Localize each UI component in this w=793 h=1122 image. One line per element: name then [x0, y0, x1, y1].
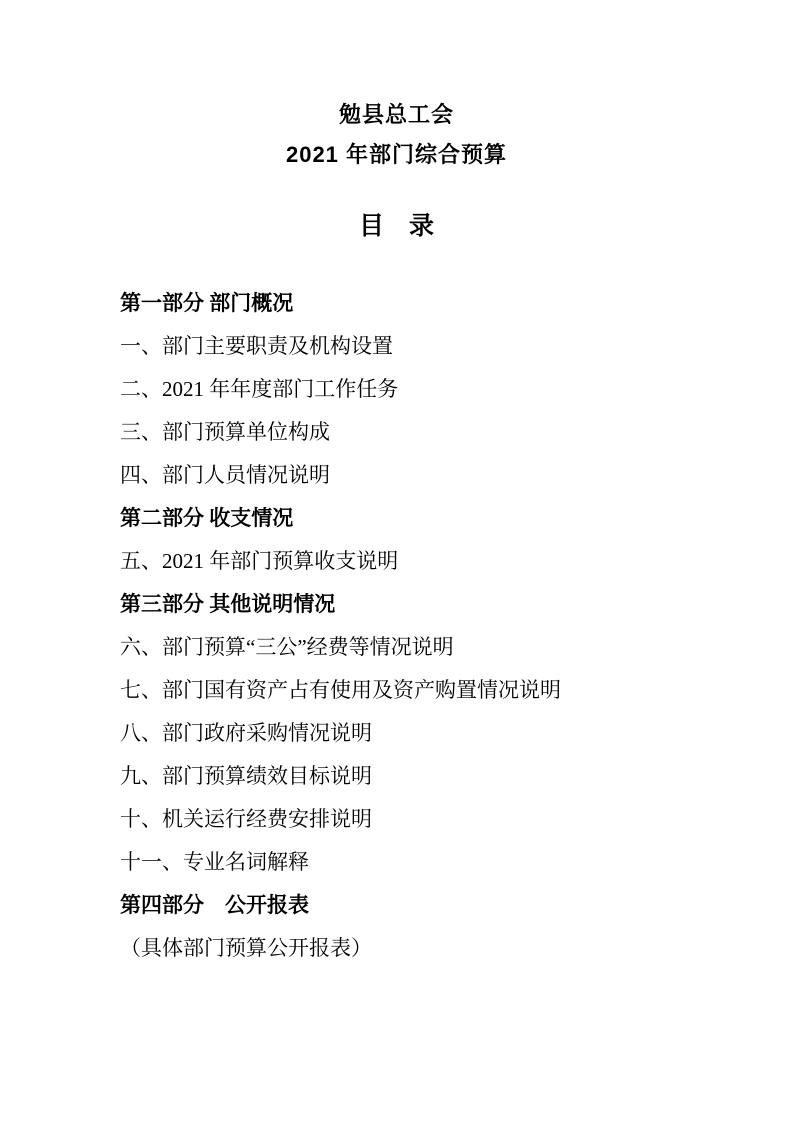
toc-entry-part3: 第三部分 其他说明情况 [120, 583, 703, 626]
toc-entry-item11: 十一、专业名词解释 [120, 841, 703, 884]
document-header: 勉县总工会 2021 年部门综合预算 [0, 0, 793, 175]
toc-heading: 目 录 [0, 207, 793, 247]
toc-entry-item7: 七、部门国有资产占有使用及资产购置情况说明 [120, 669, 703, 712]
toc-entry-part4: 第四部分 公开报表 [120, 884, 703, 927]
toc-entry-item3: 三、部门预算单位构成 [120, 411, 703, 454]
document-page: 勉县总工会 2021 年部门综合预算 目 录 第一部分 部门概况 一、部门主要职… [0, 0, 793, 1122]
toc-entry-item5: 五、2021 年部门预算收支说明 [120, 540, 703, 583]
document-title: 勉县总工会 [0, 95, 793, 135]
toc-entry-report-note: （具体部门预算公开报表） [120, 927, 703, 970]
toc-entry-part1: 第一部分 部门概况 [120, 282, 703, 325]
toc-entry-item10: 十、机关运行经费安排说明 [120, 798, 703, 841]
toc-entry-item2: 二、2021 年年度部门工作任务 [120, 368, 703, 411]
document-subtitle: 2021 年部门综合预算 [0, 135, 793, 175]
toc-entry-item4: 四、部门人员情况说明 [120, 454, 703, 497]
toc-entry-item6: 六、部门预算“三公”经费等情况说明 [120, 626, 703, 669]
toc-entry-item9: 九、部门预算绩效目标说明 [120, 755, 703, 798]
toc-entry-item1: 一、部门主要职责及机构设置 [120, 325, 703, 368]
toc-list: 第一部分 部门概况 一、部门主要职责及机构设置 二、2021 年年度部门工作任务… [0, 282, 793, 970]
toc-entry-item8: 八、部门政府采购情况说明 [120, 712, 703, 755]
toc-entry-part2: 第二部分 收支情况 [120, 497, 703, 540]
